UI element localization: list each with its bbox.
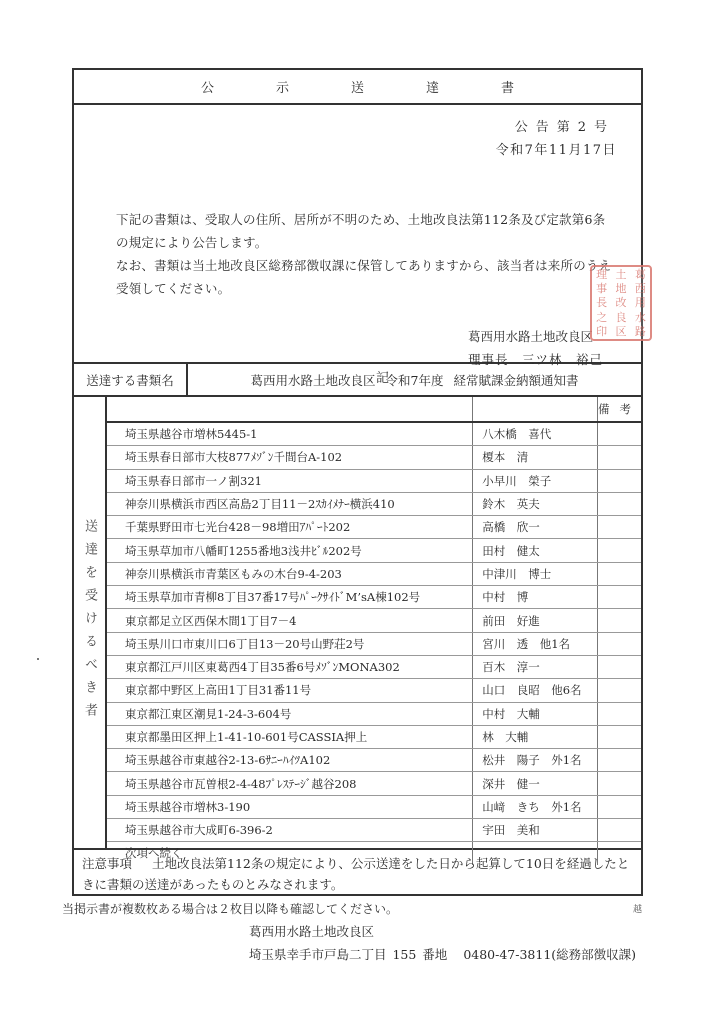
- recipient-address: 神奈川県横浜市青葉区もみの木台9-4-203: [107, 562, 473, 585]
- recipient-remarks: [598, 562, 642, 585]
- recipient-remarks: [598, 422, 642, 446]
- document-name-value: 葛西用水路土地改良区 令和7年度 経常賦課金納額通知書: [188, 364, 641, 395]
- recipient-remarks: [598, 609, 642, 632]
- recipient-name: 中津川 博士: [473, 562, 598, 585]
- recipient-name: 中村 博: [473, 586, 598, 609]
- seal-character: 用: [631, 296, 650, 310]
- recipient-row: 東京都江東区潮見1-24-3-604号中村 大輔: [107, 702, 641, 725]
- recipient-name: 深井 健一: [473, 772, 598, 795]
- recipients-table: 備考 埼玉県越谷市増林5445-1八木橋 喜代埼玉県春日部市大枝877ﾒｿﾞﾝ千…: [107, 397, 641, 865]
- caution-label: 注意事項: [82, 856, 132, 871]
- seal-character: 良: [611, 310, 630, 324]
- recipient-row: 埼玉県越谷市増林5445-1八木橋 喜代: [107, 422, 641, 446]
- recipient-row: 埼玉県春日部市一ノ割321小早川 榮子: [107, 469, 641, 492]
- recipient-remarks: [598, 819, 642, 842]
- recipient-address: 埼玉県草加市八幡町1255番地3浅井ﾋﾞﾙ202号: [107, 539, 473, 562]
- recipient-name: 林 大輔: [473, 725, 598, 748]
- recipient-name: 宮川 透 他1名: [473, 632, 598, 655]
- seal-character: 印: [592, 325, 611, 339]
- recipient-address: 東京都足立区西保木間1丁目7－4: [107, 609, 473, 632]
- seal-character: 長: [592, 296, 611, 310]
- page-mark: 越: [633, 902, 642, 915]
- remarks-header: 備考: [598, 397, 642, 422]
- footer-contact: 埼玉県幸手市戸島二丁目 155 番地0480-47-3811(総務部徴収課): [249, 945, 636, 963]
- seal-character: 地: [611, 281, 630, 295]
- recipient-address: 埼玉県越谷市増林5445-1: [107, 422, 473, 446]
- recipient-row: 埼玉県越谷市増林3-190山﨑 きち 外1名: [107, 795, 641, 818]
- recipient-remarks: [598, 632, 642, 655]
- recipient-address: 埼玉県越谷市東越谷2-13-6ｻﾆｰﾊｲﾂA102: [107, 749, 473, 772]
- recipient-name: 田村 健太: [473, 539, 598, 562]
- name-header: [473, 397, 598, 422]
- recipient-address: 東京都墨田区押上1-41-10-601号CASSIA押上: [107, 725, 473, 748]
- recipient-remarks: [598, 725, 642, 748]
- recipient-row: 東京都江戸川区東葛西4丁目35番6号ﾒｿﾞﾝMONA302百木 淳一: [107, 655, 641, 678]
- public-notice-form: 公示送達書 公告第2号 令和7年11月17日 下記の書類は、受取人の住所、居所が…: [72, 68, 643, 896]
- caution-section: 注意事項土地改良法第112条の規定により、公示送達をした日から起算して10日を経…: [74, 850, 641, 896]
- recipient-name: 松井 陽子 外1名: [473, 749, 598, 772]
- recipient-address: 埼玉県越谷市増林3-190: [107, 795, 473, 818]
- recipient-address: 神奈川県横浜市西区高島2丁目11－2ｽｶｲﾒﾅｰ横浜410: [107, 492, 473, 515]
- title-row: 公示送達書: [74, 70, 641, 105]
- seal-character: 改: [611, 296, 630, 310]
- notice-number: 公告第2号: [515, 116, 615, 135]
- recipient-remarks: [598, 539, 642, 562]
- footer-org: 葛西用水路土地改良区: [249, 922, 374, 940]
- recipient-remarks: [598, 679, 642, 702]
- recipients-header-row: 備考: [107, 397, 641, 422]
- seal-character: 区: [611, 325, 630, 339]
- document-name-row: 送達する書類名 葛西用水路土地改良区 令和7年度 経常賦課金納額通知書: [74, 364, 641, 397]
- seal-character: 事: [592, 281, 611, 295]
- recipient-row: 埼玉県草加市八幡町1255番地3浅井ﾋﾞﾙ202号田村 健太: [107, 539, 641, 562]
- recipient-address: 埼玉県春日部市一ノ割321: [107, 469, 473, 492]
- seal-character: 水: [631, 310, 650, 324]
- recipient-address: 埼玉県春日部市大枝877ﾒｿﾞﾝ千間台A-102: [107, 446, 473, 469]
- recipient-remarks: [598, 749, 642, 772]
- recipient-row: 埼玉県川口市東川口6丁目13－20号山野荘2号宮川 透 他1名: [107, 632, 641, 655]
- footer-phone: 0480-47-3811(総務部徴収課): [463, 947, 636, 962]
- footer-address: 埼玉県幸手市戸島二丁目 155 番地: [249, 947, 447, 962]
- seal-character: 理: [592, 267, 611, 281]
- seal-character: 葛: [631, 267, 650, 281]
- notice-body: 公告第2号 令和7年11月17日 下記の書類は、受取人の住所、居所が不明のため、…: [74, 105, 641, 364]
- recipient-name: 高橋 欣一: [473, 516, 598, 539]
- recipient-name: 宇田 美和: [473, 819, 598, 842]
- recipients-label: 送達を受けるべき者: [80, 519, 99, 726]
- seal-character: 土: [611, 267, 630, 281]
- address-header: [107, 397, 473, 422]
- seal-character: 西: [631, 281, 650, 295]
- notice-paragraphs: 下記の書類は、受取人の住所、居所が不明のため、土地改良法第112条及び定款第6条…: [116, 208, 616, 300]
- document-name-label: 送達する書類名: [74, 364, 188, 395]
- issuer-org: 葛西用水路土地改良区: [468, 325, 603, 348]
- recipient-remarks: [598, 446, 642, 469]
- recipient-address: 東京都江戸川区東葛西4丁目35番6号ﾒｿﾞﾝMONA302: [107, 655, 473, 678]
- recipient-name: 八木橋 喜代: [473, 422, 598, 446]
- scan-speck: [37, 658, 39, 660]
- recipient-row: 埼玉県越谷市大成町6-396-2宇田 美和: [107, 819, 641, 842]
- recipient-name: 前田 好進: [473, 609, 598, 632]
- recipient-row: 埼玉県越谷市瓦曽根2-4-48ﾌﾟﾚｽﾃｰｼﾞ越谷208深井 健一: [107, 772, 641, 795]
- recipient-remarks: [598, 795, 642, 818]
- recipients-label-cell: 送達を受けるべき者: [74, 397, 107, 848]
- recipient-name: 小早川 榮子: [473, 469, 598, 492]
- recipient-row: 神奈川県横浜市青葉区もみの木台9-4-203中津川 博士: [107, 562, 641, 585]
- recipient-row: 埼玉県草加市青柳8丁目37番17号ﾊﾟｰｸｻｲﾄﾞM’sA棟102号中村 博: [107, 586, 641, 609]
- recipient-remarks: [598, 516, 642, 539]
- recipient-remarks: [598, 492, 642, 515]
- paragraph-1: 下記の書類は、受取人の住所、居所が不明のため、土地改良法第112条及び定款第6条…: [116, 208, 616, 254]
- recipient-row: 埼玉県春日部市大枝877ﾒｿﾞﾝ千間台A-102榎本 清: [107, 446, 641, 469]
- paragraph-2: なお、書類は当土地改良区総務部徴収課に保管してありますから、該当者は来所のうえ受…: [116, 254, 616, 300]
- caution-text: 土地改良法第112条の規定により、公示送達をした日から起算して10日を経過したと…: [82, 856, 629, 892]
- seal-character: 路: [631, 325, 650, 339]
- recipient-address: 埼玉県越谷市大成町6-396-2: [107, 819, 473, 842]
- official-seal-stamp: 葛西用水路土地改良区理事長之印: [590, 265, 652, 341]
- recipient-address: 東京都中野区上高田1丁目31番11号: [107, 679, 473, 702]
- recipient-address: 埼玉県越谷市瓦曽根2-4-48ﾌﾟﾚｽﾃｰｼﾞ越谷208: [107, 772, 473, 795]
- recipient-name: 中村 大輔: [473, 702, 598, 725]
- recipient-row: 埼玉県越谷市東越谷2-13-6ｻﾆｰﾊｲﾂA102松井 陽子 外1名: [107, 749, 641, 772]
- recipient-address: 東京都江東区潮見1-24-3-604号: [107, 702, 473, 725]
- recipient-remarks: [598, 469, 642, 492]
- seal-character: 之: [592, 310, 611, 324]
- recipient-name: 山口 良昭 他6名: [473, 679, 598, 702]
- recipient-row: 千葉県野田市七光台428－98増田ｱﾊﾟｰﾄ202高橋 欣一: [107, 516, 641, 539]
- recipient-name: 榎本 清: [473, 446, 598, 469]
- recipient-remarks: [598, 772, 642, 795]
- recipients-section: 送達を受けるべき者 備考 埼玉県越谷市増林5445-1八木橋 喜代埼玉県春日部市…: [74, 397, 641, 850]
- recipient-remarks: [598, 702, 642, 725]
- recipient-name: 山﨑 きち 外1名: [473, 795, 598, 818]
- recipient-address: 千葉県野田市七光台428－98増田ｱﾊﾟｰﾄ202: [107, 516, 473, 539]
- recipient-row: 東京都中野区上高田1丁目31番11号山口 良昭 他6名: [107, 679, 641, 702]
- recipient-row: 東京都墨田区押上1-41-10-601号CASSIA押上林 大輔: [107, 725, 641, 748]
- document-title: 公示送達書: [139, 77, 576, 96]
- recipient-remarks: [598, 655, 642, 678]
- recipient-remarks: [598, 586, 642, 609]
- recipient-address: 埼玉県川口市東川口6丁目13－20号山野荘2号: [107, 632, 473, 655]
- recipient-row: 東京都足立区西保木間1丁目7－4前田 好進: [107, 609, 641, 632]
- recipient-name: 百木 淳一: [473, 655, 598, 678]
- recipient-row: 神奈川県横浜市西区高島2丁目11－2ｽｶｲﾒﾅｰ横浜410鈴木 英夫: [107, 492, 641, 515]
- notice-date: 令和7年11月17日: [496, 139, 617, 158]
- recipient-name: 鈴木 英夫: [473, 492, 598, 515]
- multi-page-note: 当掲示書が複数枚ある場合は２枚目以降も確認してください。: [62, 900, 398, 917]
- recipient-address: 埼玉県草加市青柳8丁目37番17号ﾊﾟｰｸｻｲﾄﾞM’sA棟102号: [107, 586, 473, 609]
